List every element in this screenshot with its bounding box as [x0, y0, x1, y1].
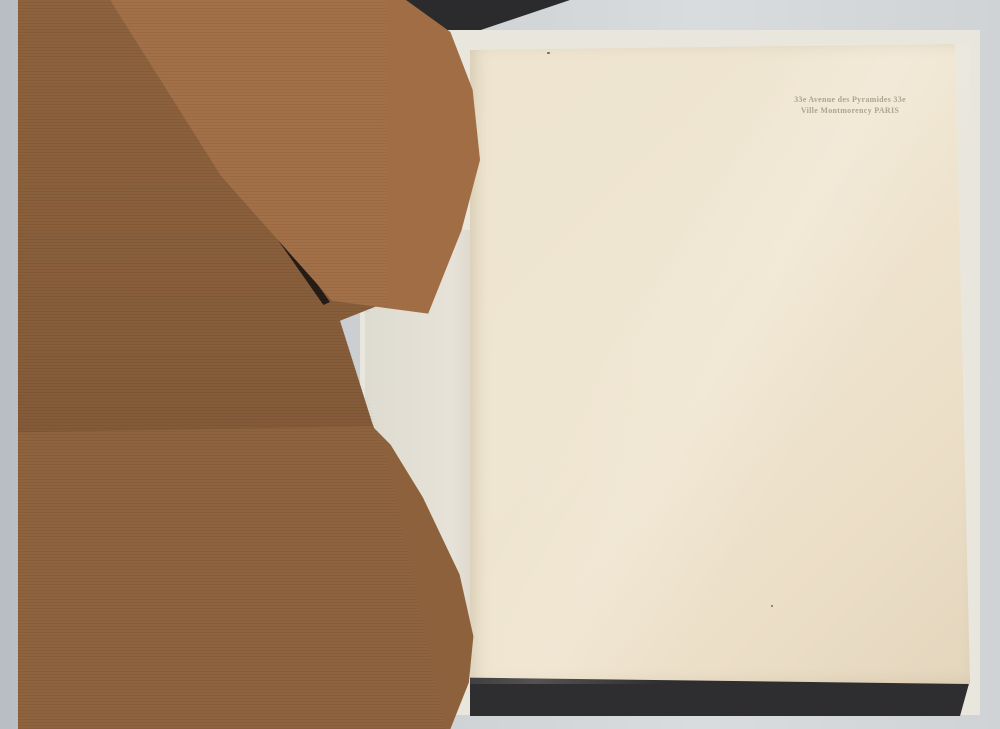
publisher-stamp: 33e Avenue des Pyramides 33e Ville Montm…	[770, 72, 930, 116]
book-photo: 33e Avenue des Pyramides 33e Ville Montm…	[0, 0, 1000, 729]
stamp-line-city: Ville Montmorency PARIS	[770, 105, 930, 116]
stamp-line-1	[770, 72, 930, 83]
stamp-line-address: 33e Avenue des Pyramides 33e	[770, 94, 930, 105]
flyleaf-page	[470, 44, 970, 684]
dust-speck	[771, 605, 773, 607]
dust-speck	[547, 52, 550, 54]
stamp-line-2	[770, 83, 930, 94]
